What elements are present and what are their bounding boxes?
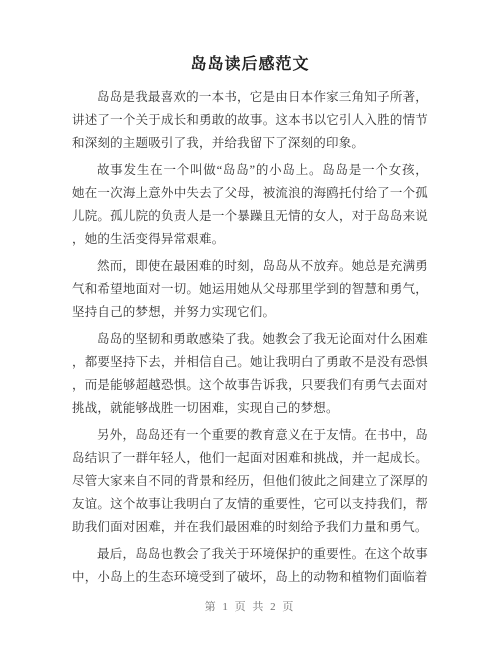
paragraph-line: 讲述了一个关于成长和勇敢的故事。这本书以它引人入胜的情节 [72,109,428,132]
paragraph: 故事发生在一个叫做“岛岛”的小岛上。岛岛是一个女孩，她在一次海上意外中失去了父母… [72,159,428,251]
paragraph-line: 挑战，就能够战胜一切困难，实现自己的梦想。 [72,397,428,420]
paragraph-line: 气和希望地面对一切。她运用她从父母那里学到的智慧和勇气， [72,278,428,301]
document-page: 岛岛读后感范文 岛岛是我最喜欢的一本书，它是由日本作家三角知子所著，讲述了一个关… [0,0,500,647]
page-footer: 第 1 页 共 2 页 [0,599,500,615]
paragraph: 另外，岛岛还有一个重要的教育意义在于友情。在书中，岛岛结识了一群年轻人，他们一起… [72,424,428,539]
paragraph-line: 和深刻的主题吸引了我，并给我留下了深刻的印象。 [72,132,428,155]
paragraph-line: 岛岛是我最喜欢的一本书，它是由日本作家三角知子所著， [72,86,428,109]
document-body: 岛岛是我最喜欢的一本书，它是由日本作家三角知子所著，讲述了一个关于成长和勇敢的故… [72,86,428,589]
paragraph: 岛岛的坚韧和勇敢感染了我。她教会了我无论面对什么困难，都要坚持下去，并相信自己。… [72,328,428,420]
paragraph-line: 儿院。孤儿院的负责人是一个暴躁且无情的女人，对于岛岛来说 [72,205,428,228]
paragraph-line: 友谊。这个故事让我明白了友情的重要性，它可以支持我们，帮 [72,493,428,516]
paragraph-line: 中，小岛上的生态环境受到了破坏，岛上的动物和植物们面临着 [72,566,428,589]
paragraph: 最后，岛岛也教会了我关于环境保护的重要性。在这个故事中，小岛上的生态环境受到了破… [72,543,428,589]
paragraph-line: 然而，即使在最困难的时刻，岛岛从不放弃。她总是充满勇 [72,255,428,278]
paragraph-line: ，都要坚持下去，并相信自己。她让我明白了勇敢不是没有恐惧 [72,351,428,374]
paragraph: 岛岛是我最喜欢的一本书，它是由日本作家三角知子所著，讲述了一个关于成长和勇敢的故… [72,86,428,155]
paragraph-line: 故事发生在一个叫做“岛岛”的小岛上。岛岛是一个女孩， [72,159,428,182]
paragraph-line: ，而是能够超越恐惧。这个故事告诉我，只要我们有勇气去面对 [72,374,428,397]
paragraph-line: 助我们面对困难，并在我们最困难的时刻给予我们力量和勇气。 [72,516,428,539]
paragraph-line: 另外，岛岛还有一个重要的教育意义在于友情。在书中，岛 [72,424,428,447]
paragraph-line: 岛岛的坚韧和勇敢感染了我。她教会了我无论面对什么困难 [72,328,428,351]
paragraph-line: 最后，岛岛也教会了我关于环境保护的重要性。在这个故事 [72,543,428,566]
paragraph-line: ，她的生活变得异常艰难。 [72,228,428,251]
page-title: 岛岛读后感范文 [72,55,428,75]
paragraph: 然而，即使在最困难的时刻，岛岛从不放弃。她总是充满勇气和希望地面对一切。她运用她… [72,255,428,324]
paragraph-line: 岛结识了一群年轻人，他们一起面对困难和挑战，并一起成长。 [72,447,428,470]
paragraph-line: 坚持自己的梦想，并努力实现它们。 [72,301,428,324]
paragraph-line: 尽管大家来自不同的背景和经历，但他们彼此之间建立了深厚的 [72,470,428,493]
paragraph-line: 她在一次海上意外中失去了父母，被流浪的海鸥托付给了一个孤 [72,182,428,205]
